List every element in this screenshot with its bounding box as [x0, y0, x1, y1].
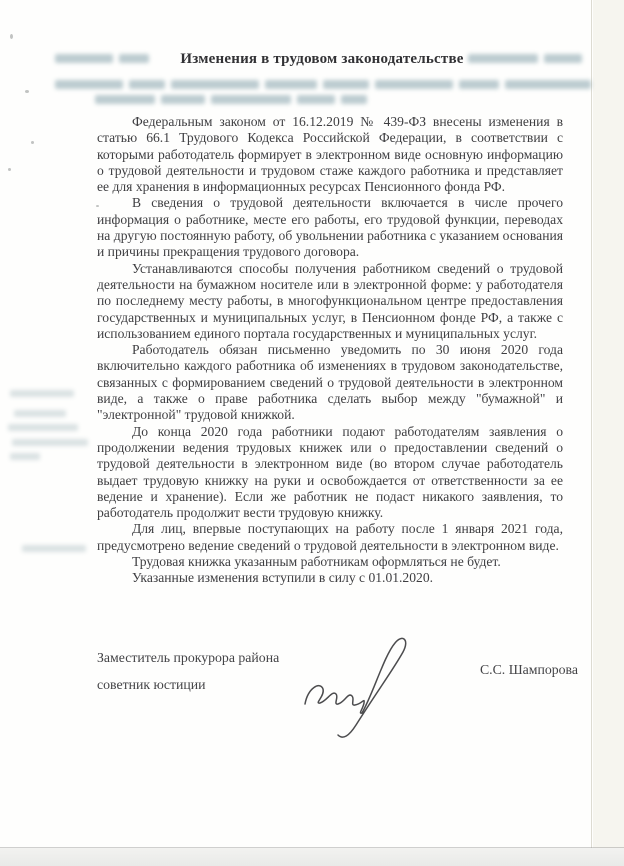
paragraph: Федеральным законом от 16.12.2019 № 439-… — [97, 114, 563, 195]
signer-position-line1: Заместитель прокурора района — [97, 650, 279, 666]
bleedthrough-artifact — [14, 410, 66, 417]
paragraph: Для лиц, впервые поступающих на работу п… — [97, 521, 563, 554]
paragraph: Трудовая книжка указанным работникам офо… — [97, 554, 563, 570]
document-title: Изменения в трудовом законодательстве — [89, 51, 555, 68]
paragraph: В сведения о трудовой деятельности включ… — [97, 195, 563, 260]
scan-right-seam — [591, 0, 592, 866]
scanned-document-page: Изменения в трудовом законодательстве Фе… — [0, 0, 624, 866]
paper-speck — [10, 34, 13, 39]
paragraph: Работодатель обязан письменно уведомить … — [97, 342, 563, 423]
bleedthrough-artifact — [10, 453, 40, 460]
bleedthrough-artifact — [55, 80, 591, 89]
handwritten-signature — [298, 628, 418, 740]
scan-bottom-edge — [0, 848, 624, 866]
scan-right-edge — [593, 0, 624, 866]
bleedthrough-artifact — [12, 439, 88, 446]
paragraph: Указанные изменения вступили в силу с 01… — [97, 570, 563, 586]
paragraph: До конца 2020 года работники подают рабо… — [97, 424, 563, 522]
signer-name: С.С. Шампорова — [480, 662, 578, 678]
bleedthrough-artifact — [22, 545, 86, 552]
bleedthrough-artifact — [10, 390, 74, 397]
paper-speck — [31, 141, 34, 144]
signer-position-line2: советник юстиции — [97, 677, 206, 693]
paper-speck — [8, 168, 11, 171]
paper-speck — [25, 90, 29, 93]
paragraph: Устанавливаются способы получения работн… — [97, 261, 563, 342]
bleedthrough-artifact — [95, 95, 367, 104]
document-body: Федеральным законом от 16.12.2019 № 439-… — [97, 114, 563, 587]
bleedthrough-artifact — [8, 424, 78, 431]
